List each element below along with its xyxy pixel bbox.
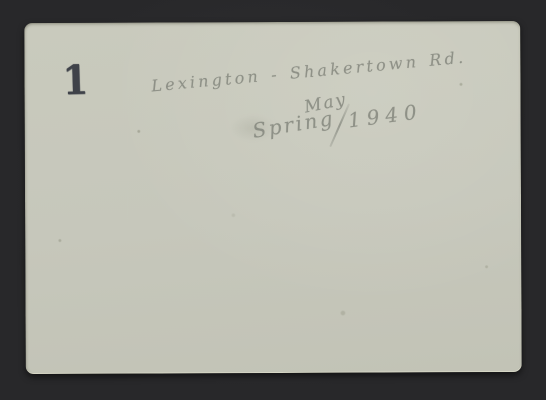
handwritten-year: 1940 bbox=[347, 99, 424, 132]
handwritten-location-line: Lexington - Shakertown Rd. bbox=[150, 48, 466, 96]
scanned-photo-verso: 1 Lexington - Shakertown Rd. May Spring … bbox=[0, 0, 546, 400]
photograph-back-card: 1 Lexington - Shakertown Rd. May Spring … bbox=[24, 21, 522, 374]
handwritten-season: Spring bbox=[251, 106, 337, 143]
stamped-number: 1 bbox=[62, 60, 89, 101]
